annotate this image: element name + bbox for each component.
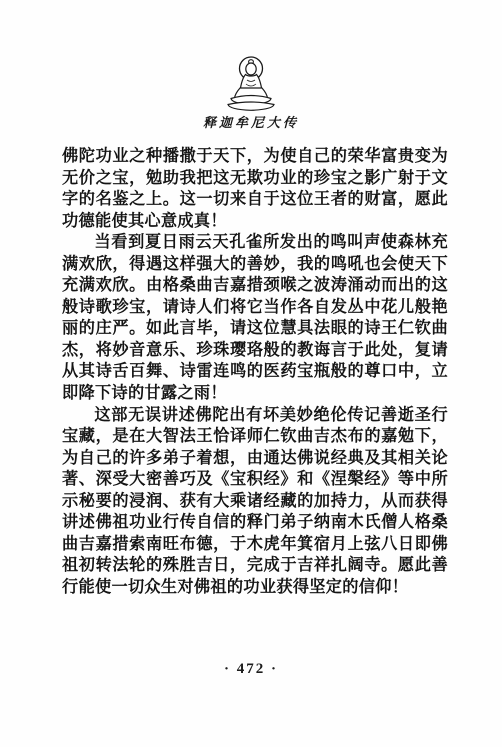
paragraph-1: 佛陀功业之种播撒于天下，为使自己的荣华富贵变为无价之宝，勉助我把这无欺功业的珍宝…	[62, 146, 448, 232]
seated-buddha-icon	[216, 54, 286, 117]
body-text: 佛陀功业之种播撒于天下，为使自己的荣华富贵变为无价之宝，勉助我把这无欺功业的珍宝…	[62, 146, 448, 598]
page-number: · 472 ·	[0, 661, 502, 678]
paragraph-2: 当看到夏日雨云天孔雀所发出的鸣叫声使森林充满欢欣，得遇这样强大的善妙，我的鸣吼也…	[62, 232, 448, 404]
book-page: 释迦牟尼大传 佛陀功业之种播撒于天下，为使自己的荣华富贵变为无价之宝，勉助我把这…	[0, 0, 502, 747]
book-title-caption: 释迦牟尼大传	[0, 112, 502, 131]
paragraph-3: 这部无误讲述佛陀出有坏美妙绝伦传记善逝圣行宝藏，是在大智法王恰译师仁钦曲吉杰布的…	[62, 405, 448, 599]
buddha-illustration	[0, 54, 502, 117]
